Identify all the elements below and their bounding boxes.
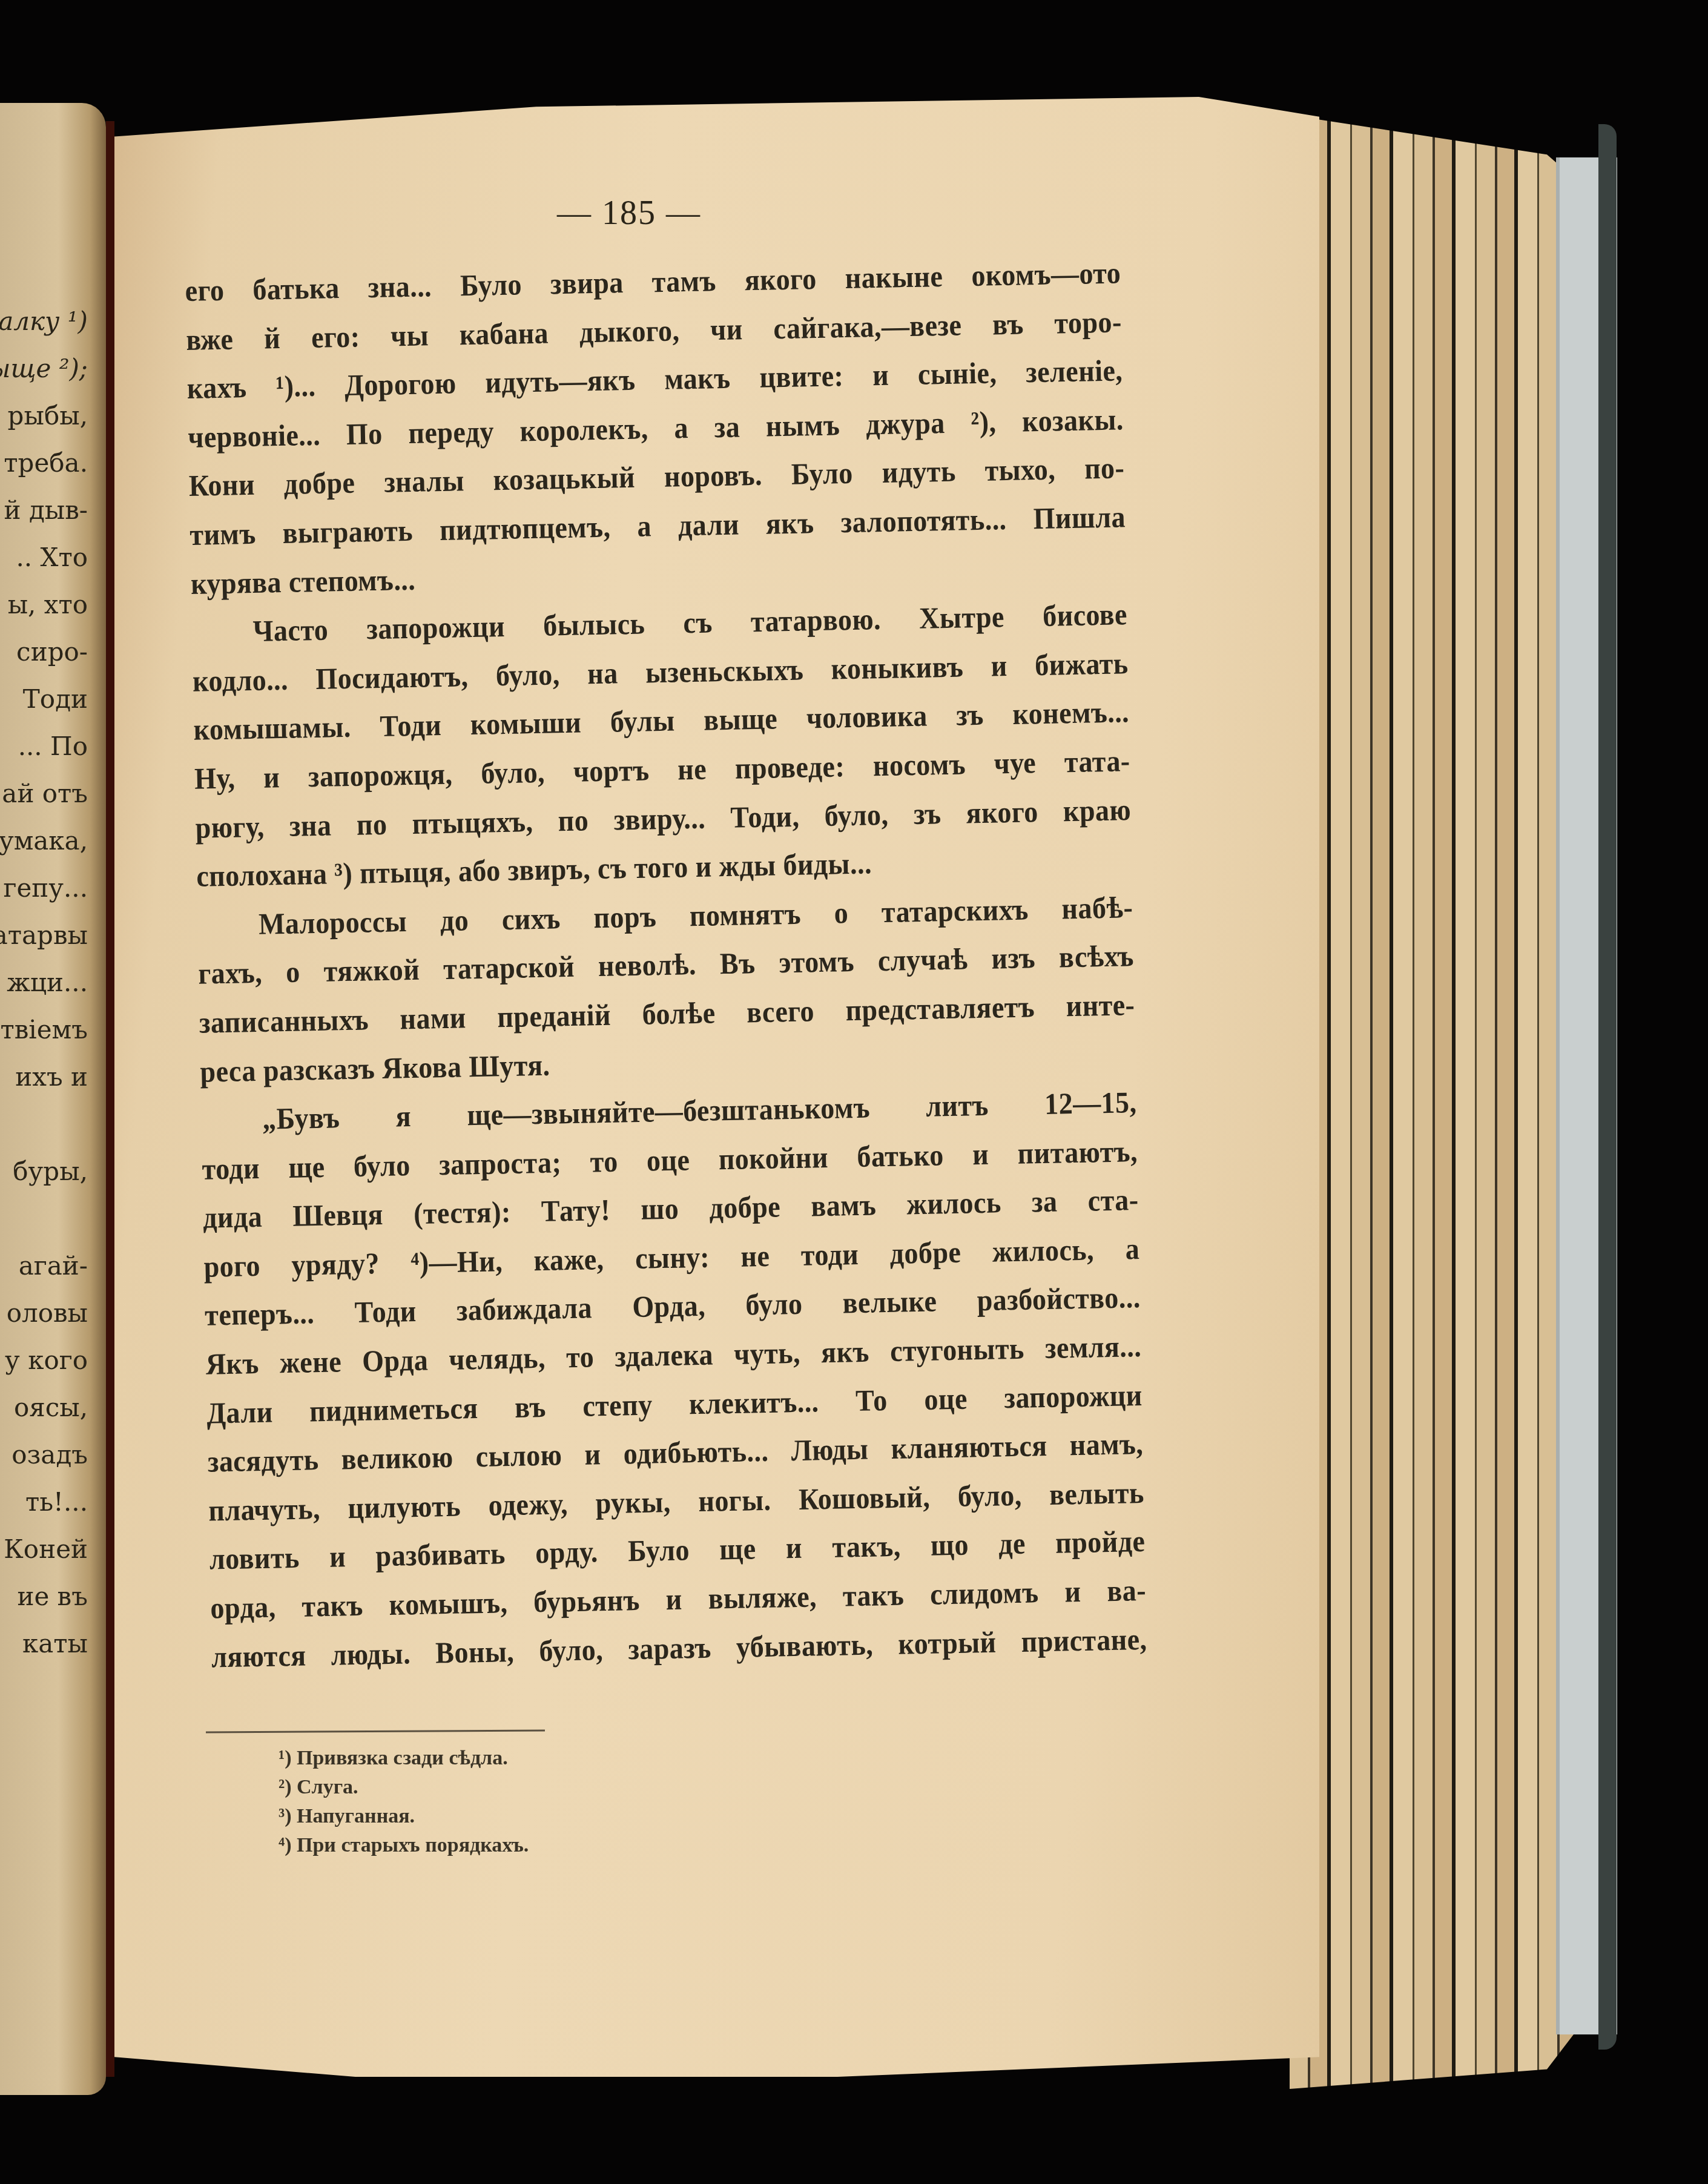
left-page-fragment: треба. — [4, 450, 88, 476]
left-page-fragment: ихъ и — [15, 1064, 88, 1090]
left-page-fragment: буры, — [13, 1159, 88, 1184]
footnote: ¹) Привязка сзади сѣдла. — [279, 1744, 529, 1773]
paragraph: Малороссы до сихъ поръ помнятъ о татарск… — [197, 883, 1136, 1096]
left-page-fragment: гепу... — [3, 876, 88, 901]
left-page-fragment: ... По — [18, 734, 88, 759]
left-page-fragment: оясы, — [14, 1395, 88, 1420]
left-page-fragment: агай- — [19, 1253, 88, 1279]
left-page-fragment: озадъ — [12, 1442, 88, 1468]
left-page-fragment: й дыв- — [4, 498, 88, 523]
page-stack-edge — [1290, 115, 1592, 2089]
footnote: ⁴) При старыхъ порядкахъ. — [279, 1831, 529, 1860]
footnotes: ¹) Привязка сзади сѣдла. ²) Слуга. ³) На… — [279, 1744, 529, 1860]
left-page-fragment: ие въ — [17, 1584, 88, 1609]
left-page-fragment: ыще ²); — [0, 356, 88, 381]
paragraph: его батька зна... Було звира тамъ якого … — [185, 248, 1127, 608]
body-text: его батька зна... Було звира тамъ якого … — [185, 248, 1147, 1681]
left-page-fragment: ы, хто — [8, 592, 88, 618]
left-page-fragment: алку ¹) — [0, 309, 88, 334]
left-page-fragment: ть!... — [25, 1490, 88, 1515]
left-page-fragment: умака, — [0, 828, 88, 854]
left-page-fragment: .. Хто — [16, 545, 88, 570]
left-page-fragment: атарвы — [0, 923, 88, 948]
footnote: ²) Слуга. — [279, 1773, 529, 1802]
previous-page-edge: алку ¹) ыще ²); рыбы, треба. й дыв- .. Х… — [0, 103, 106, 2095]
left-page-fragment: у кого — [5, 1348, 88, 1373]
left-page-fragment: жци... — [7, 970, 88, 995]
left-page-fragment: оловы — [7, 1301, 88, 1326]
left-page-fragment: сиро- — [16, 639, 88, 665]
left-page-fragment: Тоди — [23, 687, 88, 712]
paragraph: „Бувъ я ще—звыняйте—безштанькомъ литъ 12… — [200, 1078, 1147, 1681]
left-page-fragment: ай отъ — [2, 781, 88, 807]
book-cover — [1598, 124, 1617, 2050]
left-page-fragment: каты — [22, 1631, 88, 1657]
left-page-fragment: Коней — [4, 1537, 88, 1562]
page-number: — 185 — — [557, 194, 701, 233]
left-page-fragment: твіемъ — [0, 1017, 88, 1043]
paragraph: Часто запорожци былысь съ татарвою. Хытр… — [191, 590, 1132, 900]
footnote: ³) Напуганная. — [279, 1802, 529, 1831]
book-gutter — [106, 121, 114, 2077]
left-page-fragment: рыбы, — [8, 403, 88, 429]
